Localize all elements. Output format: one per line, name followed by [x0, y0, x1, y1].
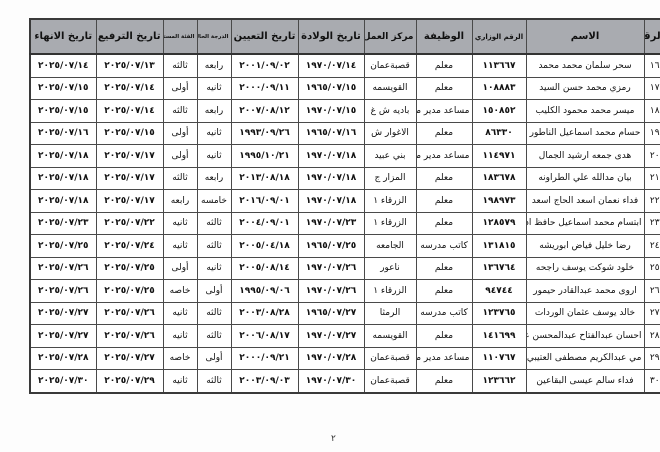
cell-promotion-date: ٢٠٢٥/٠٧/١٧	[96, 167, 163, 190]
cell-category: أولى	[163, 77, 197, 100]
cell-grade: ثانيه	[197, 145, 231, 168]
cell-work-center: بني عبيد	[364, 145, 416, 168]
cell-birth-date: ١٩٧٠/٠٧/١٨	[298, 145, 364, 168]
cell-job: معلم	[416, 77, 472, 100]
cell-end-date: ٢٠٢٥/٠٧/٢٧	[30, 302, 96, 325]
cell-appointment-date: ١٩٩٣/٠٩/٢٦	[231, 122, 298, 145]
document-page: الرقم الاسم الرقم الوزاري الوظيفة مركز ا…	[0, 0, 660, 452]
cell-promotion-date: ٢٠٢٥/٠٧/٢٦	[96, 302, 163, 325]
table-row: ٢٦ اروى محمد عبدالقادر حيمور ٩٤٧٤٤ معلم …	[30, 280, 660, 303]
cell-promotion-date: ٢٠٢٥/٠٧/٢٦	[96, 325, 163, 348]
cell-name: فداء سالم عيسى البقاعين	[526, 370, 644, 393]
table-row: ٢٠ هدى جمعه ارشيد الجمال ١١٤٩٧١ مساعد مد…	[30, 145, 660, 168]
cell-index: ٢٢	[644, 190, 660, 213]
cell-ministry-no: ١٣١٨١٥	[472, 235, 526, 258]
promotions-table: الرقم الاسم الرقم الوزاري الوظيفة مركز ا…	[29, 18, 660, 394]
cell-appointment-date: ٢٠٠٥/٠٨/١٤	[231, 257, 298, 280]
cell-promotion-date: ٢٠٢٥/٠٧/٢٤	[96, 235, 163, 258]
cell-category: ثانيه	[163, 212, 197, 235]
cell-work-center: قصبةعمان	[364, 370, 416, 393]
cell-promotion-date: ٢٠٢٥/٠٧/١٤	[96, 77, 163, 100]
cell-category: ثانيه	[163, 325, 197, 348]
header-row: الرقم الاسم الرقم الوزاري الوظيفة مركز ا…	[30, 19, 660, 54]
cell-job: معلم	[416, 325, 472, 348]
header-grade: الدرجة الحالية	[197, 19, 231, 54]
cell-grade: أولى	[197, 280, 231, 303]
cell-end-date: ٢٠٢٥/٠٧/١٨	[30, 167, 96, 190]
cell-birth-date: ١٩٦٥/٠٧/٢٥	[298, 235, 364, 258]
cell-ministry-no: ١١٣٦٦٧	[472, 54, 526, 77]
cell-job: مساعد مدير مدرسة	[416, 145, 472, 168]
cell-birth-date: ١٩٦٥/٠٧/١٦	[298, 122, 364, 145]
cell-ministry-no: ١٨٣٦٧٨	[472, 167, 526, 190]
cell-ministry-no: ١٣٦٧٦٤	[472, 257, 526, 280]
cell-name: سحر سلمان محمد محمد	[526, 54, 644, 77]
cell-birth-date: ١٩٧٠/٠٧/٢٧	[298, 325, 364, 348]
cell-category: ثانيه	[163, 370, 197, 393]
header-appointment-date: تاريخ التعيين	[231, 19, 298, 54]
cell-name: هدى جمعه ارشيد الجمال	[526, 145, 644, 168]
cell-promotion-date: ٢٠٢٥/٠٧/٢٥	[96, 280, 163, 303]
cell-grade: رابعه	[197, 167, 231, 190]
cell-birth-date: ١٩٧٠/٠٧/٢٦	[298, 280, 364, 303]
cell-grade: ثانيه	[197, 257, 231, 280]
cell-end-date: ٢٠٢٥/٠٧/٢٦	[30, 280, 96, 303]
cell-appointment-date: ٢٠٠٥/٠٤/١٨	[231, 235, 298, 258]
cell-index: ١٨	[644, 100, 660, 123]
cell-work-center: الزرقاء ١	[364, 212, 416, 235]
table-row: ١٨ ميسر محمد محمود الكليب ١٥٠٨٥٢ مساعد م…	[30, 100, 660, 123]
cell-job: معلم	[416, 257, 472, 280]
cell-index: ٢٥	[644, 257, 660, 280]
cell-ministry-no: ٨٦٣٣٠	[472, 122, 526, 145]
cell-job: معلم	[416, 167, 472, 190]
table-row: ١٦ سحر سلمان محمد محمد ١١٣٦٦٧ معلم قصبةع…	[30, 54, 660, 77]
cell-index: ٢٧	[644, 302, 660, 325]
cell-grade: ثالثه	[197, 325, 231, 348]
header-birth-date: تاريخ الولادة	[298, 19, 364, 54]
cell-end-date: ٢٠٢٥/٠٧/٢٨	[30, 347, 96, 370]
cell-index: ٢٨	[644, 325, 660, 348]
cell-category: رابعه	[163, 190, 197, 213]
cell-name: ابتسام محمد اسماعيل حافظ ادريس	[526, 212, 644, 235]
cell-appointment-date: ٢٠٠٧/٠٨/١٢	[231, 100, 298, 123]
cell-appointment-date: ٢٠٠٠/٠٩/١١	[231, 77, 298, 100]
cell-grade: ثالثه	[197, 302, 231, 325]
cell-grade: رابعه	[197, 54, 231, 77]
cell-promotion-date: ٢٠٢٥/٠٧/١٧	[96, 145, 163, 168]
cell-name: حسام محمد اسماعيل الناطور	[526, 122, 644, 145]
cell-index: ١٩	[644, 122, 660, 145]
cell-promotion-date: ٢٠٢٥/٠٧/٢٢	[96, 212, 163, 235]
cell-work-center: الزرقاء ١	[364, 190, 416, 213]
cell-grade: ثالثه	[197, 212, 231, 235]
cell-category: ثانيه	[163, 235, 197, 258]
cell-grade: ثانيه	[197, 122, 231, 145]
cell-job: مساعد مدير مدرسة	[416, 100, 472, 123]
cell-end-date: ٢٠٢٥/٠٧/١٦	[30, 122, 96, 145]
header-promotion-date: تاريخ الترفيع	[96, 19, 163, 54]
cell-index: ١٦	[644, 54, 660, 77]
cell-promotion-date: ٢٠٢٥/٠٧/٢٥	[96, 257, 163, 280]
cell-appointment-date: ٢٠٠٣/٠٨/٢٨	[231, 302, 298, 325]
cell-job: مساعد مدير مدرسة	[416, 347, 472, 370]
cell-ministry-no: ١١٤٩٧١	[472, 145, 526, 168]
table-row: ٢٥ خلود شوكت يوسف راجحه ١٣٦٧٦٤ معلم ناعو…	[30, 257, 660, 280]
cell-work-center: الرمثا	[364, 302, 416, 325]
cell-category: أولى	[163, 145, 197, 168]
cell-name: فداء نعمان اسعد الحاج اسعد	[526, 190, 644, 213]
cell-job: معلم	[416, 280, 472, 303]
cell-end-date: ٢٠٢٥/٠٧/٢٦	[30, 257, 96, 280]
cell-ministry-no: ٩٤٧٤٤	[472, 280, 526, 303]
cell-work-center: الجامعه	[364, 235, 416, 258]
cell-ministry-no: ١٢٨٥٧٩	[472, 212, 526, 235]
cell-birth-date: ١٩٧٠/٠٧/١٥	[298, 100, 364, 123]
cell-promotion-date: ٢٠٢٥/٠٧/٢٧	[96, 347, 163, 370]
cell-ministry-no: ١١٠٧٦٧	[472, 347, 526, 370]
table-row: ٢١ بيان مدالله علي الطراونه ١٨٣٦٧٨ معلم …	[30, 167, 660, 190]
cell-job: كاتب مدرسه	[416, 302, 472, 325]
cell-name: اروى محمد عبدالقادر حيمور	[526, 280, 644, 303]
cell-work-center: القويسمه	[364, 325, 416, 348]
cell-job: كاتب مدرسه	[416, 235, 472, 258]
cell-end-date: ٢٠٢٥/٠٧/١٨	[30, 145, 96, 168]
cell-promotion-date: ٢٠٢٥/٠٧/٢٩	[96, 370, 163, 393]
page-number: ٢	[331, 434, 336, 444]
cell-ministry-no: ١٤١٦٩٩	[472, 325, 526, 348]
header-index: الرقم	[644, 19, 660, 54]
table-row: ٢٧ خالد يوسف عثمان الوردات ١٢٣٧٦٥ كاتب م…	[30, 302, 660, 325]
cell-name: بيان مدالله علي الطراونه	[526, 167, 644, 190]
cell-work-center: المزار ج	[364, 167, 416, 190]
header-category: الفئة المستحقة	[163, 19, 197, 54]
cell-end-date: ٢٠٢٥/٠٧/١٨	[30, 190, 96, 213]
cell-index: ٢١	[644, 167, 660, 190]
table-row: ٢٩ مي عبدالكريم مصطفى العتيبي ١١٠٧٦٧ مسا…	[30, 347, 660, 370]
cell-index: ٢٦	[644, 280, 660, 303]
cell-appointment-date: ٢٠٠٠/٠٩/٢١	[231, 347, 298, 370]
cell-ministry-no: ١٢٣٦٦٢	[472, 370, 526, 393]
cell-appointment-date: ٢٠٠١/٠٩/٠٢	[231, 54, 298, 77]
cell-job: معلم	[416, 212, 472, 235]
cell-end-date: ٢٠٢٥/٠٧/٢٥	[30, 235, 96, 258]
cell-work-center: الاغوار ش	[364, 122, 416, 145]
table-row: ٢٢ فداء نعمان اسعد الحاج اسعد ١٩٨٩٧٣ معل…	[30, 190, 660, 213]
cell-work-center: قصبةعمان	[364, 347, 416, 370]
cell-name: احسان عبدالفتاح عبدالمحسن عابدين	[526, 325, 644, 348]
cell-promotion-date: ٢٠٢٥/٠٧/١٤	[96, 100, 163, 123]
cell-promotion-date: ٢٠٢٥/٠٧/١٣	[96, 54, 163, 77]
cell-end-date: ٢٠٢٥/٠٧/٣٠	[30, 370, 96, 393]
cell-category: أولى	[163, 122, 197, 145]
cell-birth-date: ١٩٧٠/٠٧/٢٣	[298, 212, 364, 235]
cell-grade: ثالثه	[197, 370, 231, 393]
cell-category: ثالثه	[163, 100, 197, 123]
table-row: ٢٣ ابتسام محمد اسماعيل حافظ ادريس ١٢٨٥٧٩…	[30, 212, 660, 235]
cell-index: ٢٤	[644, 235, 660, 258]
table-row: ١٩ حسام محمد اسماعيل الناطور ٨٦٣٣٠ معلم …	[30, 122, 660, 145]
cell-grade: ثانيه	[197, 77, 231, 100]
cell-index: ٢٩	[644, 347, 660, 370]
cell-birth-date: ١٩٧٠/٠٧/٢٨	[298, 347, 364, 370]
table-row: ٢٨ احسان عبدالفتاح عبدالمحسن عابدين ١٤١٦…	[30, 325, 660, 348]
cell-name: خالد يوسف عثمان الوردات	[526, 302, 644, 325]
table-row: ٢٤ رضا خليل فياض ابوريشه ١٣١٨١٥ كاتب مدر…	[30, 235, 660, 258]
cell-promotion-date: ٢٠٢٥/٠٧/١٥	[96, 122, 163, 145]
cell-work-center: القويسمه	[364, 77, 416, 100]
cell-ministry-no: ١٩٨٩٧٣	[472, 190, 526, 213]
cell-category: أولى	[163, 257, 197, 280]
header-ministry-no: الرقم الوزاري	[472, 19, 526, 54]
cell-category: ثالثه	[163, 54, 197, 77]
cell-category: خاصه	[163, 280, 197, 303]
cell-job: معلم	[416, 122, 472, 145]
cell-index: ٢٣	[644, 212, 660, 235]
cell-grade: رابعه	[197, 100, 231, 123]
cell-category: ثانيه	[163, 302, 197, 325]
cell-name: مي عبدالكريم مصطفى العتيبي	[526, 347, 644, 370]
cell-job: معلم	[416, 190, 472, 213]
cell-birth-date: ١٩٧٠/٠٧/١٨	[298, 167, 364, 190]
cell-appointment-date: ١٩٩٥/١٠/٢١	[231, 145, 298, 168]
cell-category: ثالثه	[163, 167, 197, 190]
cell-name: ميسر محمد محمود الكليب	[526, 100, 644, 123]
cell-end-date: ٢٠٢٥/٠٧/٢٣	[30, 212, 96, 235]
cell-work-center: ناعور	[364, 257, 416, 280]
table-row: ١٧ رمزي محمد حسن السيد ١٠٨٨٨٣ معلم القوي…	[30, 77, 660, 100]
cell-birth-date: ١٩٧٠/٠٧/١٤	[298, 54, 364, 77]
cell-category: خاصه	[163, 347, 197, 370]
cell-appointment-date: ٢٠١٣/٠٨/١٨	[231, 167, 298, 190]
table-row: ٣٠ فداء سالم عيسى البقاعين ١٢٣٦٦٢ معلم ق…	[30, 370, 660, 393]
cell-name: خلود شوكت يوسف راجحه	[526, 257, 644, 280]
cell-index: ٣٠	[644, 370, 660, 393]
cell-work-center: قصبةعمان	[364, 54, 416, 77]
cell-name: رضا خليل فياض ابوريشه	[526, 235, 644, 258]
cell-end-date: ٢٠٢٥/٠٧/١٤	[30, 54, 96, 77]
cell-job: معلم	[416, 54, 472, 77]
cell-end-date: ٢٠٢٥/٠٧/٢٧	[30, 325, 96, 348]
header-name: الاسم	[526, 19, 644, 54]
cell-index: ١٧	[644, 77, 660, 100]
cell-appointment-date: ٢٠٠٣/٠٩/٠٣	[231, 370, 298, 393]
header-end-date: تاريخ الانهاء	[30, 19, 96, 54]
cell-end-date: ٢٠٢٥/٠٧/١٥	[30, 100, 96, 123]
cell-grade: أولى	[197, 347, 231, 370]
cell-ministry-no: ١٢٣٧٦٥	[472, 302, 526, 325]
cell-end-date: ٢٠٢٥/٠٧/١٥	[30, 77, 96, 100]
header-work-center: مركز العمل	[364, 19, 416, 54]
header-job: الوظيفة	[416, 19, 472, 54]
cell-birth-date: ١٩٧٠/٠٧/٣٠	[298, 370, 364, 393]
cell-grade: ثالثه	[197, 235, 231, 258]
cell-appointment-date: ٢٠١٦/٠٩/٠١	[231, 190, 298, 213]
cell-birth-date: ١٩٧٠/٠٧/٢٦	[298, 257, 364, 280]
cell-index: ٢٠	[644, 145, 660, 168]
cell-grade: خامسه	[197, 190, 231, 213]
cell-ministry-no: ١٠٨٨٨٣	[472, 77, 526, 100]
cell-job: معلم	[416, 370, 472, 393]
cell-work-center: باديه ش غ	[364, 100, 416, 123]
cell-birth-date: ١٩٧٠/٠٧/١٨	[298, 190, 364, 213]
cell-ministry-no: ١٥٠٨٥٢	[472, 100, 526, 123]
cell-appointment-date: ١٩٩٥/٠٩/٠٦	[231, 280, 298, 303]
cell-promotion-date: ٢٠٢٥/٠٧/١٧	[96, 190, 163, 213]
cell-appointment-date: ٢٠٠٦/٠٨/١٧	[231, 325, 298, 348]
cell-name: رمزي محمد حسن السيد	[526, 77, 644, 100]
cell-work-center: الزرقاء ١	[364, 280, 416, 303]
cell-birth-date: ١٩٦٥/٠٧/١٥	[298, 77, 364, 100]
cell-appointment-date: ٢٠٠٤/٠٩/٠١	[231, 212, 298, 235]
cell-birth-date: ١٩٦٥/٠٧/٢٧	[298, 302, 364, 325]
